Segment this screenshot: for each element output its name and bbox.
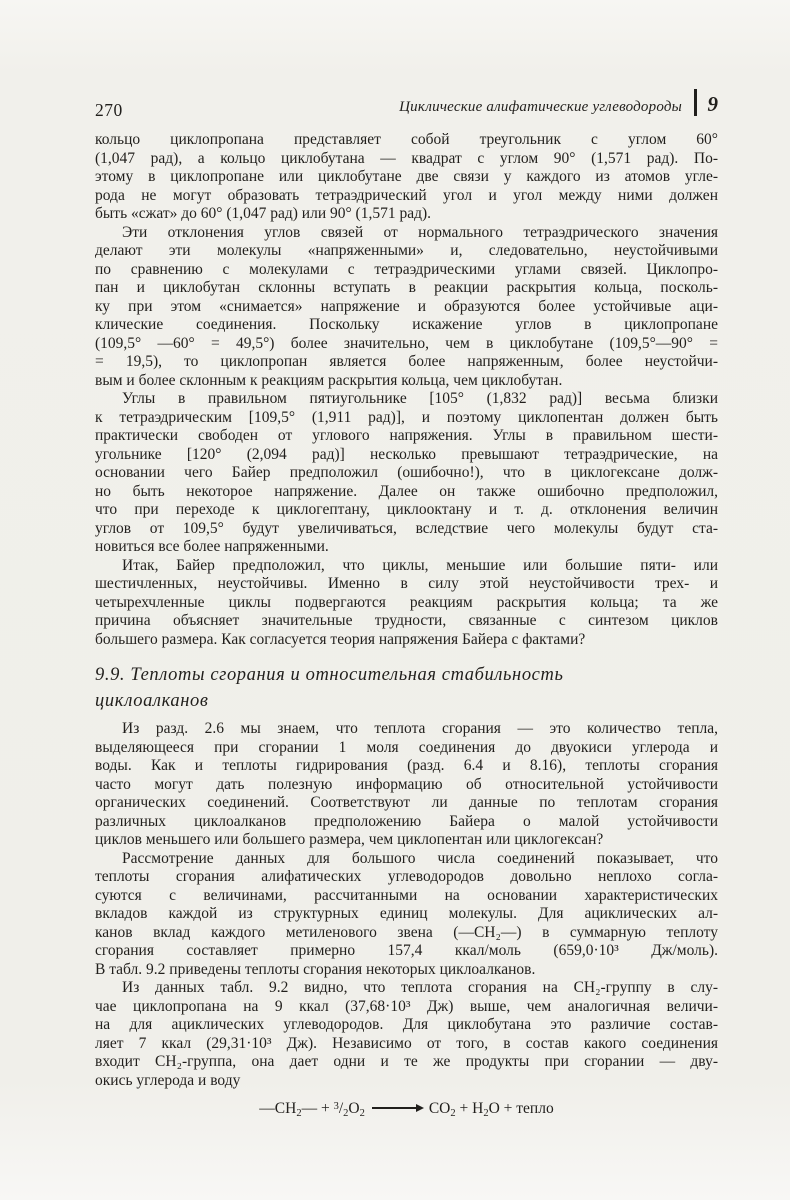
text-line: практически свободен от углового напряже… bbox=[95, 427, 718, 446]
page-body: кольцо циклопропана представляет собой т… bbox=[95, 131, 718, 1119]
text-line: Углы в правильном пятиугольнике [105° (1… bbox=[95, 390, 718, 409]
page-number: 270 bbox=[95, 100, 123, 121]
text-line: основании чего Байер предположил (ошибоч… bbox=[95, 464, 718, 483]
subscript: 2 bbox=[360, 1108, 365, 1119]
equation-term: — + bbox=[302, 1100, 334, 1117]
text-line: 9.9. Теплоты сгорания и относительная ст… bbox=[95, 662, 718, 688]
text-line: угольнике [120° (2,094 рад)] несколько п… bbox=[95, 446, 718, 465]
text-line: вым и более склонным к реакциям раскрыти… bbox=[95, 372, 718, 391]
text-line: пан и циклобутан склонны вступать в реак… bbox=[95, 279, 718, 298]
text-line: канов вклад каждого метиленового звена (… bbox=[95, 924, 718, 943]
text-line: органических соединений. Соответствуют л… bbox=[95, 794, 718, 813]
text-line: выделяющееся при сгорании 1 моля соедине… bbox=[95, 739, 718, 758]
text-line: большего размера. Как согласуется теория… bbox=[95, 631, 718, 650]
text-line: кольцо циклопропана представляет собой т… bbox=[95, 131, 718, 150]
paragraph-ring-angles: кольцо циклопропана представляет собой т… bbox=[95, 131, 718, 224]
text-line: часто могут дать полезную информацию об … bbox=[95, 776, 718, 795]
text-line: (1,047 рад), а кольцо циклобутана — квад… bbox=[95, 150, 718, 169]
text-line: клические соединения. Поскольку искажени… bbox=[95, 316, 718, 335]
text-line: различных циклоалканов предположению Бай… bbox=[95, 813, 718, 832]
text-line: воды. Как и теплоты гидрирования (разд. … bbox=[95, 757, 718, 776]
text-line: циклоалканов bbox=[95, 688, 718, 714]
reaction-arrow bbox=[372, 1107, 422, 1109]
text-line: циклов меньшего или большего размера, че… bbox=[95, 831, 718, 850]
text-line: Из разд. 2.6 мы знаем, что теплота сгора… bbox=[95, 720, 718, 739]
text-line: быть «сжат» до 60° (1,047 рад) или 90° (… bbox=[95, 205, 718, 224]
text-line: сгорания составляет примерно 157,4 ккал/… bbox=[95, 942, 718, 961]
paragraph-table-9-2: Из данных табл. 9.2 видно, что теплота с… bbox=[95, 979, 718, 1090]
text-line: по сравнению с молекулами с тетраэдричес… bbox=[95, 261, 718, 280]
paragraph-heat-of-combustion: Из разд. 2.6 мы знаем, что теплота сгора… bbox=[95, 720, 718, 850]
paragraph-ch2-contribution: Рассмотрение данных для большого числа с… bbox=[95, 850, 718, 980]
paragraph-strained-molecules: Эти отклонения углов связей от нормально… bbox=[95, 224, 718, 391]
text-line: = 19,5), то циклопропан является более н… bbox=[95, 353, 718, 372]
equation-term: O + тепло bbox=[489, 1100, 554, 1117]
text-line: В табл. 9.2 приведены теплоты сгорания н… bbox=[95, 961, 718, 980]
page-header: 270 Циклические алифатические углеводоро… bbox=[95, 84, 718, 117]
equation-term: + H bbox=[456, 1100, 484, 1117]
text-line: Рассмотрение данных для большого числа с… bbox=[95, 850, 718, 869]
text-line: суются с величинами, рассчитанными на ос… bbox=[95, 887, 718, 906]
text-line: (109,5° —60° = 49,5°) более значительно,… bbox=[95, 335, 718, 354]
text-line: вкладов каждой из структурных единиц мол… bbox=[95, 905, 718, 924]
text-line: этому в циклопропане или циклобутане две… bbox=[95, 168, 718, 187]
text-line: рода не могут образовать тетраэдрический… bbox=[95, 187, 718, 206]
text-line: но быть некоторое напряжение. Далее он т… bbox=[95, 483, 718, 502]
chapter-number: 9 bbox=[708, 92, 719, 117]
text-line: Из данных табл. 9.2 видно, что теплота с… bbox=[95, 979, 718, 998]
equation-term: CO bbox=[429, 1100, 451, 1117]
text-line: окись углерода и воду bbox=[95, 1072, 718, 1091]
text-line: делают эти молекулы «напряженными» и, сл… bbox=[95, 242, 718, 261]
chapter-divider-bar bbox=[694, 89, 697, 116]
text-line: ку при этом «снимается» напряжение и обр… bbox=[95, 298, 718, 317]
text-line: к тетраэдрическим [109,5° (1,911 рад)], … bbox=[95, 409, 718, 428]
text-line: Эти отклонения углов связей от нормально… bbox=[95, 224, 718, 243]
text-line: четырехчленные циклы подвергаются реакци… bbox=[95, 594, 718, 613]
text-line: новиться все более напряженными. bbox=[95, 538, 718, 557]
text-line: шестичленных, неустойчивы. Именно в силу… bbox=[95, 575, 718, 594]
running-title: Циклические алифатические углеводороды bbox=[399, 99, 682, 116]
text-line: чае циклопропана на 9 ккал (37,68·10³ Дж… bbox=[95, 998, 718, 1017]
paragraph-pentagon-hexagon: Углы в правильном пятиугольнике [105° (1… bbox=[95, 390, 718, 557]
text-line: что при переходе к циклогептану, циклоок… bbox=[95, 501, 718, 520]
equation-term: —CH bbox=[259, 1100, 296, 1117]
text-line: на для ациклических углеводородов. Для ц… bbox=[95, 1016, 718, 1035]
text-line: теплоты сгорания алифатических углеводор… bbox=[95, 868, 718, 887]
equation-term: O bbox=[348, 1100, 359, 1117]
text-line: углов от 109,5° будут увеличиваться, всл… bbox=[95, 520, 718, 539]
text-line: входит CH₂-группа, она дает одни и те же… bbox=[95, 1053, 718, 1072]
text-line: ляет 7 ккал (29,31·10³ Дж). Независимо о… bbox=[95, 1035, 718, 1054]
text-line: Итак, Байер предположил, что циклы, мень… bbox=[95, 557, 718, 576]
text-line: причина объясняет значительные трудности… bbox=[95, 612, 718, 631]
section-heading: 9.9. Теплоты сгорания и относительная ст… bbox=[95, 662, 718, 714]
book-page: 270 Циклические алифатические углеводоро… bbox=[0, 0, 790, 1200]
chemical-equation: —CH2— + 3/2O2CO2 + H2O + тепло bbox=[95, 1099, 718, 1119]
paragraph-baeyer-theory: Итак, Байер предположил, что циклы, мень… bbox=[95, 557, 718, 650]
